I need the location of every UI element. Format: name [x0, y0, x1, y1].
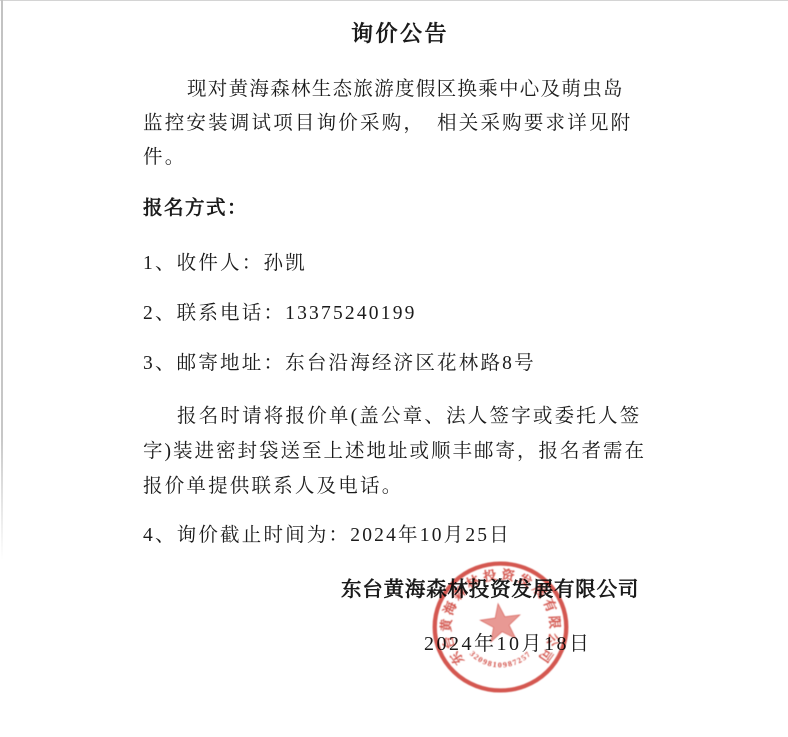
- intro-line-2: 监控安装调试项目询价采购， 相关采购要求详见附: [143, 111, 643, 136]
- seal-star-icon: [478, 601, 523, 643]
- intro-line-3: 件。: [143, 145, 643, 170]
- item-deadline: 4、询价截止时间为：2024年10月25日: [143, 523, 643, 548]
- item-recipient: 1、收件人：孙凯: [143, 251, 643, 276]
- item-mailing-address: 3、邮寄地址：东台沿海经济区花林路8号: [143, 351, 643, 376]
- seal-registration-number: 3209810987257: [468, 649, 533, 669]
- document-title: 询价公告: [0, 17, 788, 48]
- note-line-1: 报名时请将报价单(盖公章、法人签字或委托人签: [143, 404, 643, 429]
- section-heading-registration-method: 报名方式：: [143, 196, 643, 221]
- note-line-3: 报价单提供联系人及电话。: [143, 474, 643, 499]
- official-seal-stamp-icon: 东台黄海森林投资发展有限公司 3209810987257: [429, 558, 572, 696]
- page-top-edge: [0, 0, 788, 1]
- document-page: 询价公告 现对黄海森林生态旅游度假区换乘中心及萌虫岛 监控安装调试项目询价采购，…: [0, 0, 788, 737]
- svg-text:3209810987257: 3209810987257: [468, 649, 533, 669]
- item-phone: 2、联系电话：13375240199: [143, 301, 643, 326]
- page-left-edge: [1, 0, 3, 560]
- note-line-2: 字)装进密封袋送至上述地址或顺丰邮寄，报名者需在: [143, 439, 643, 464]
- intro-line-1: 现对黄海森林生态旅游度假区换乘中心及萌虫岛: [143, 77, 643, 102]
